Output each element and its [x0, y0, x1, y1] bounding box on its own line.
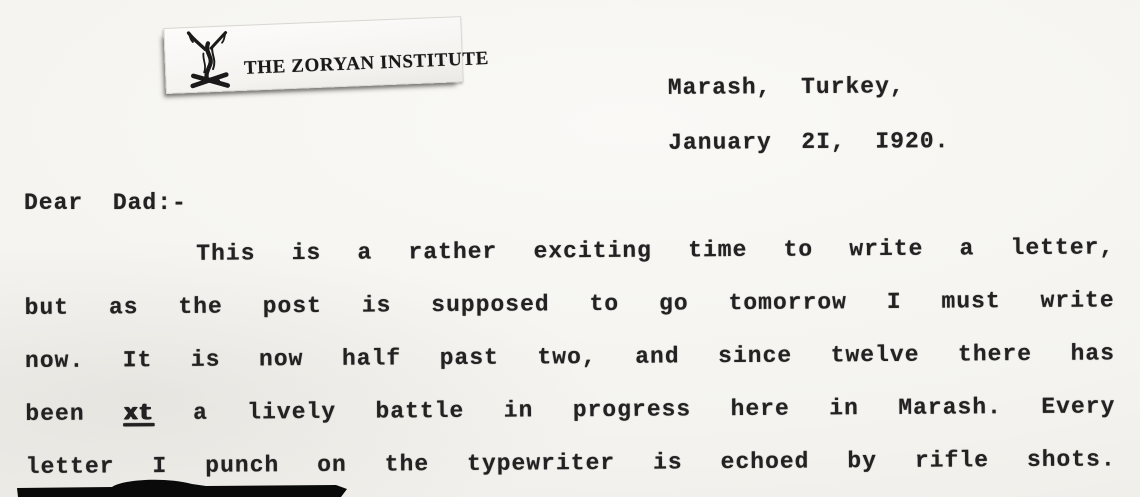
body-line-2: but as the post is supposed to go tomorr…	[24, 274, 1114, 335]
place-line: Marash, Turkey,	[668, 73, 949, 101]
scanned-letter-page: THE ZORYAN INSTITUTE Marash, Turkey, Jan…	[0, 0, 1140, 497]
salutation: Dear Dad:-	[24, 190, 187, 216]
rising-figure-icon	[180, 28, 240, 90]
letter-dateline: Marash, Turkey, January 2I, I920.	[668, 73, 950, 156]
date-line: January 2I, I920.	[668, 128, 949, 156]
body-line-4: been xt a lively battle in progress here…	[25, 380, 1115, 441]
body-line-3: now. It is now half past two, and since …	[25, 327, 1115, 388]
scan-artifact-mark	[14, 475, 360, 497]
zoryan-institute-label: THE ZORYAN INSTITUTE	[244, 48, 490, 80]
body-line-4-before: been	[25, 400, 124, 427]
body-line-4-after: a lively battle in progress here in Mara…	[154, 393, 1116, 426]
typed-overstrike-correction: xt	[124, 400, 154, 426]
body-line-1: This is a rather exciting time to write …	[24, 221, 1114, 282]
zoryan-institute-stamp: THE ZORYAN INSTITUTE	[163, 16, 463, 94]
letter-body: This is a rather exciting time to write …	[24, 221, 1116, 494]
